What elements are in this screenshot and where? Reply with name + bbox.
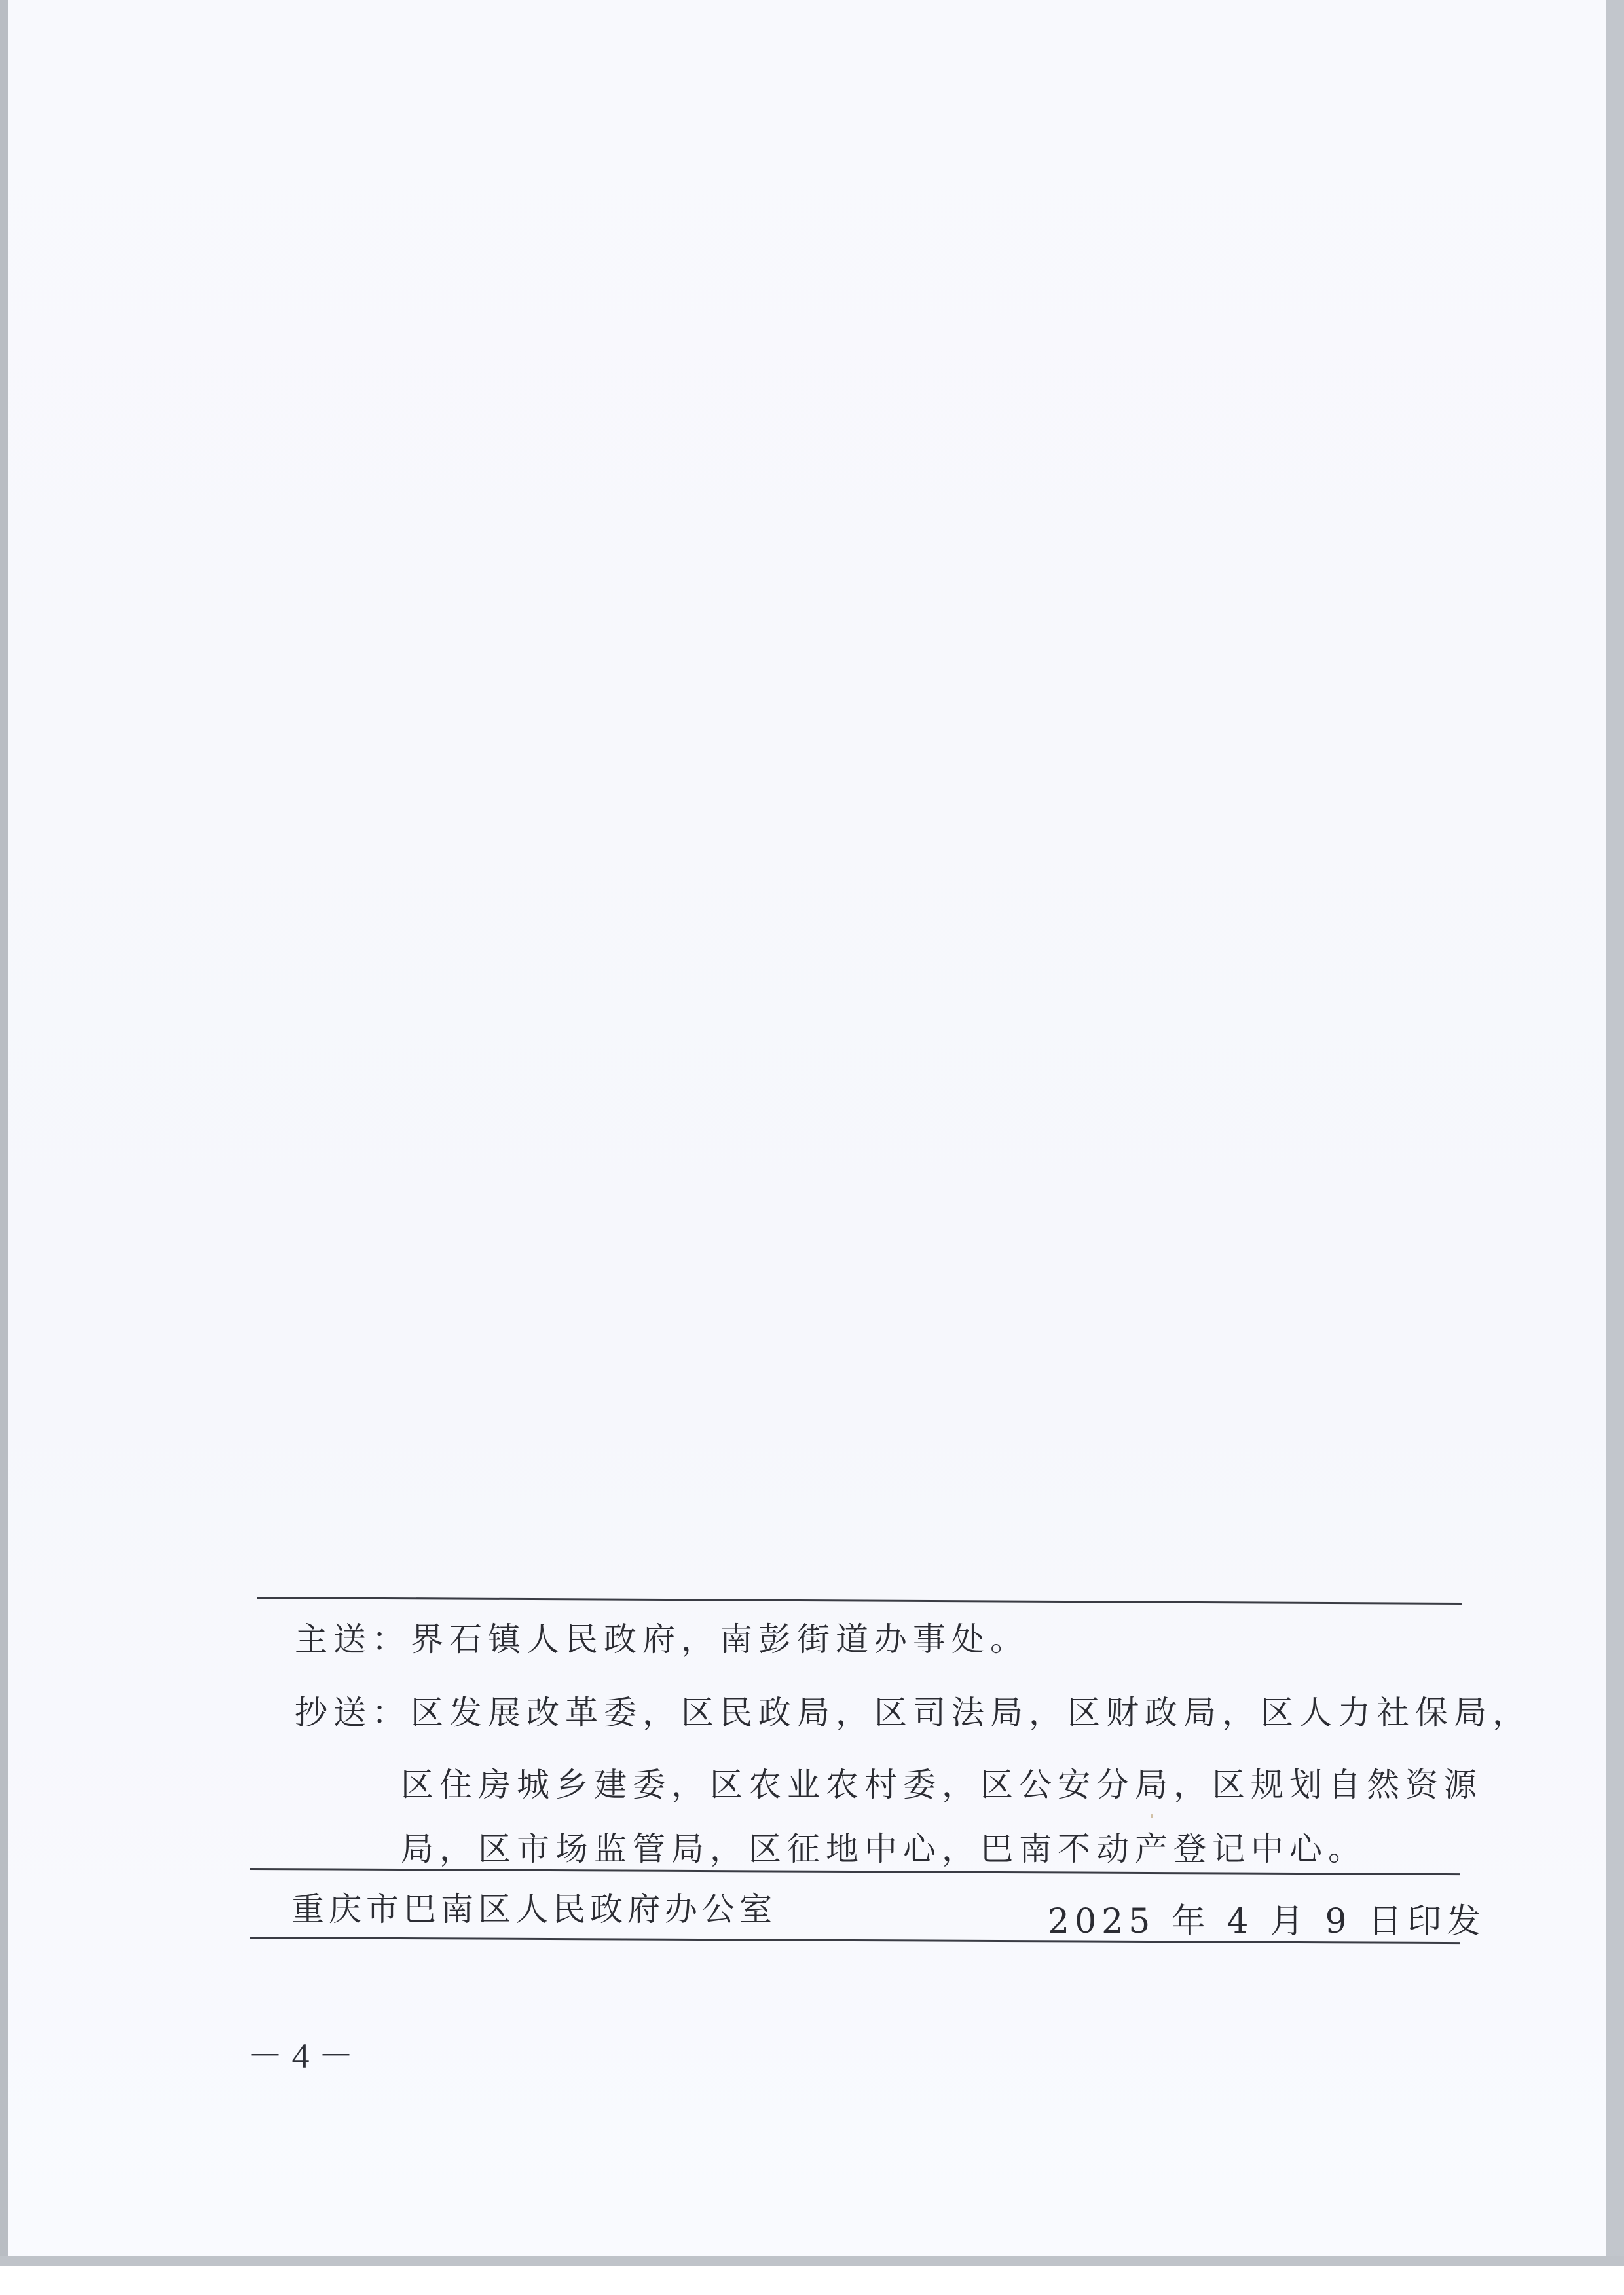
cc-recipients-2: 区住房城乡建委，区农业农村委，区公安分局，区规划自然资源 [401, 1766, 1483, 1804]
main-send-recipients: 界石镇人民政府，南彭街道办事处。 [411, 1620, 1029, 1658]
cc-line: 局，区市场监管局，区征地中心，巴南不动产登记中心。 [401, 1833, 1367, 1865]
main-send-label: 主送： [295, 1623, 411, 1656]
scan-speck [1151, 1814, 1153, 1818]
scan-edge-bottom [0, 2266, 1624, 2295]
issuing-office: 重庆市巴南区人民政府办公室 [291, 1893, 777, 1926]
page-number: － 4 － [248, 2038, 354, 2074]
cc-recipients-1: 区发展改革委，区民政局，区司法局，区财政局，区人力社保局， [411, 1694, 1531, 1732]
cc-line: 抄送：区发展改革委，区民政局，区司法局，区财政局，区人力社保局， [295, 1696, 1531, 1729]
cc-recipients-3: 局，区市场监管局，区征地中心，巴南不动产登记中心。 [401, 1830, 1367, 1868]
cc-label: 抄送： [295, 1696, 411, 1729]
cc-line: 区住房城乡建委，区农业农村委，区公安分局，区规划自然资源 [401, 1768, 1483, 1801]
issue-date: 2025 年 4 月 9 日印发 [1048, 1905, 1486, 1939]
scan-edge-right [1606, 0, 1624, 2266]
main-send-line: 主送：界石镇人民政府，南彭街道办事处。 [295, 1623, 1029, 1656]
